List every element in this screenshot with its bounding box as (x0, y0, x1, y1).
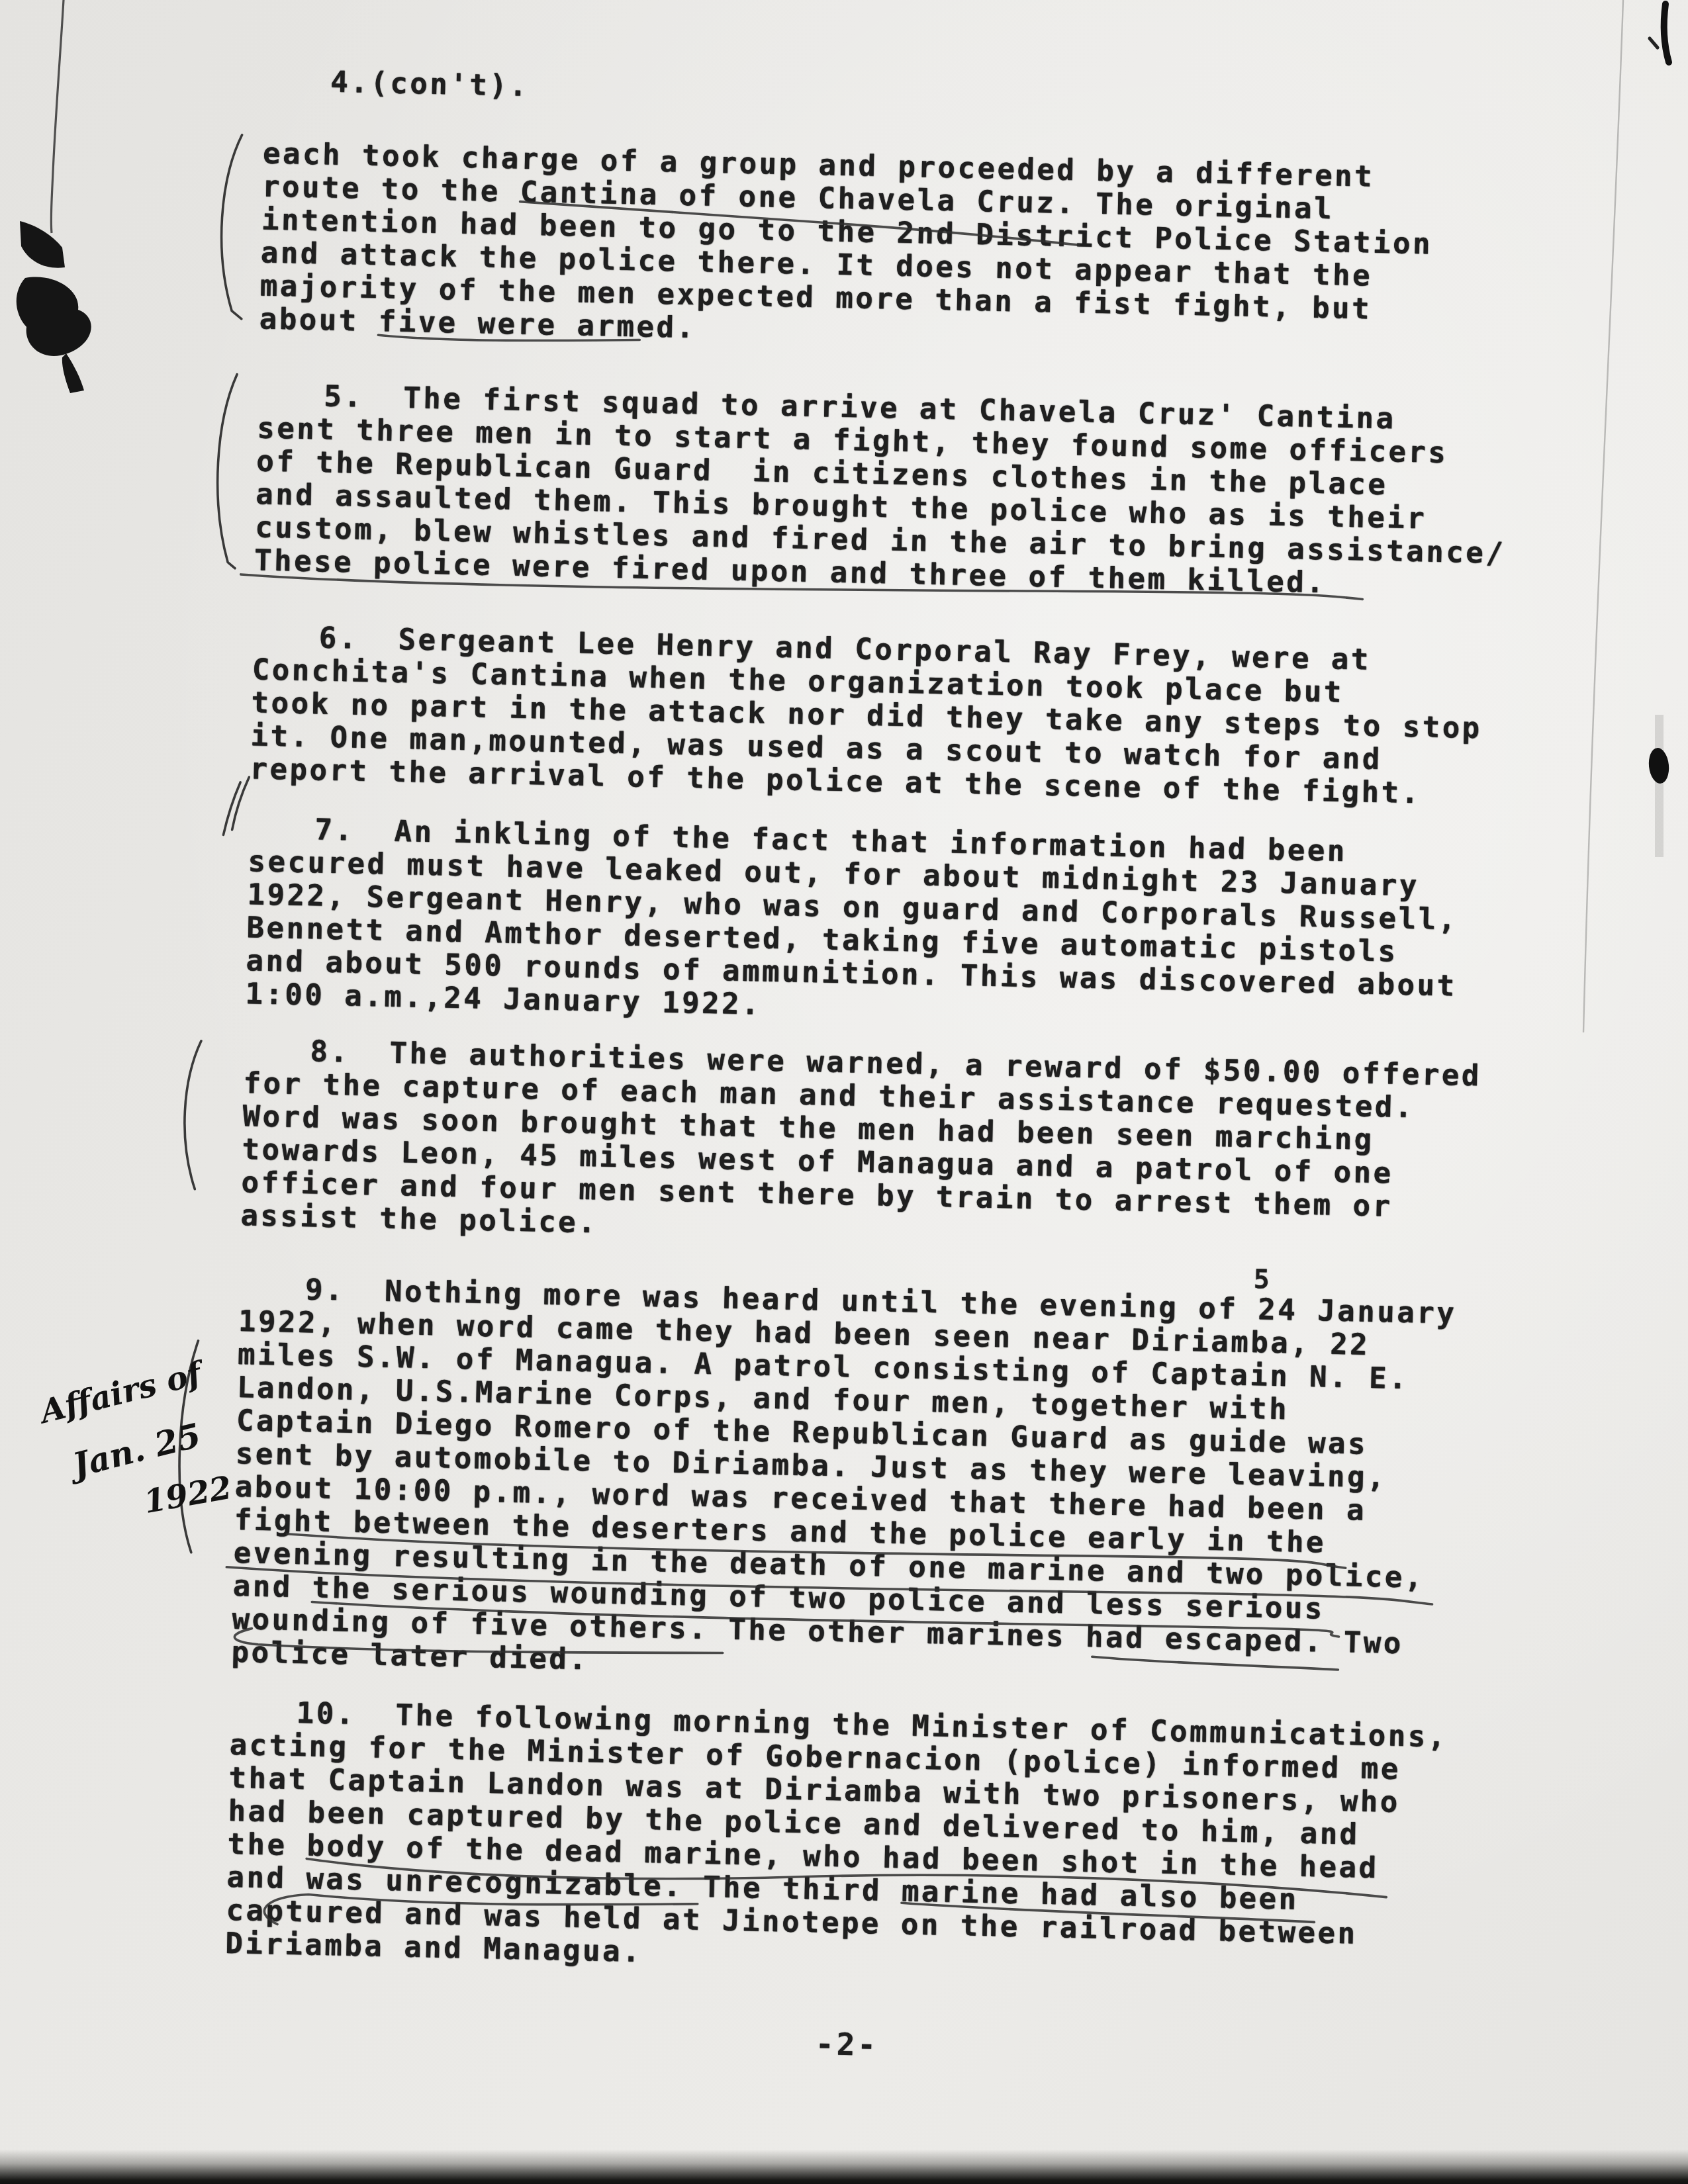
typed-correction-5-over-24: 5 (1253, 1264, 1270, 1295)
bracket-paragraph-8 (183, 1040, 201, 1189)
paragraph-7: 7. An inkling of the fact that informati… (245, 812, 1560, 1038)
typewritten-text-block: 4.(con't). each took charge of a group a… (144, 60, 1609, 2048)
scanned-document-page: 4.(con't). each took charge of a group a… (0, 0, 1688, 2184)
paragraph-10: 10. The following morning the Minister o… (225, 1696, 1541, 1987)
paragraph-9: 9. Nothing more was heard until the even… (231, 1272, 1550, 1696)
bracket-paragraph-5 (216, 374, 239, 569)
section-heading: 4.(con't). (264, 65, 1575, 125)
page-number: -2- (816, 2026, 879, 2063)
paragraph-4-continued: each took charge of a group and proceede… (259, 137, 1573, 363)
ink-blob (17, 221, 91, 393)
bracket-paragraph-4 (220, 134, 246, 319)
top-right-tick (1664, 4, 1669, 62)
top-right-small-tick (1650, 38, 1658, 48)
margin-note-line2: Jan. 25 (69, 1416, 205, 1485)
right-edge-blob (1647, 715, 1670, 857)
paragraph-6: 6. Sergeant Lee Henry and Corporal Ray F… (250, 620, 1564, 813)
paragraph-5: 5. The first squad to arrive at Chavela … (254, 379, 1569, 604)
paragraph-8: 8. The authorities were warned, a reward… (240, 1034, 1555, 1259)
bottom-scan-edge (0, 2150, 1688, 2184)
scratch-line (51, 0, 64, 233)
check-mark-paragraph-7 (223, 776, 249, 835)
